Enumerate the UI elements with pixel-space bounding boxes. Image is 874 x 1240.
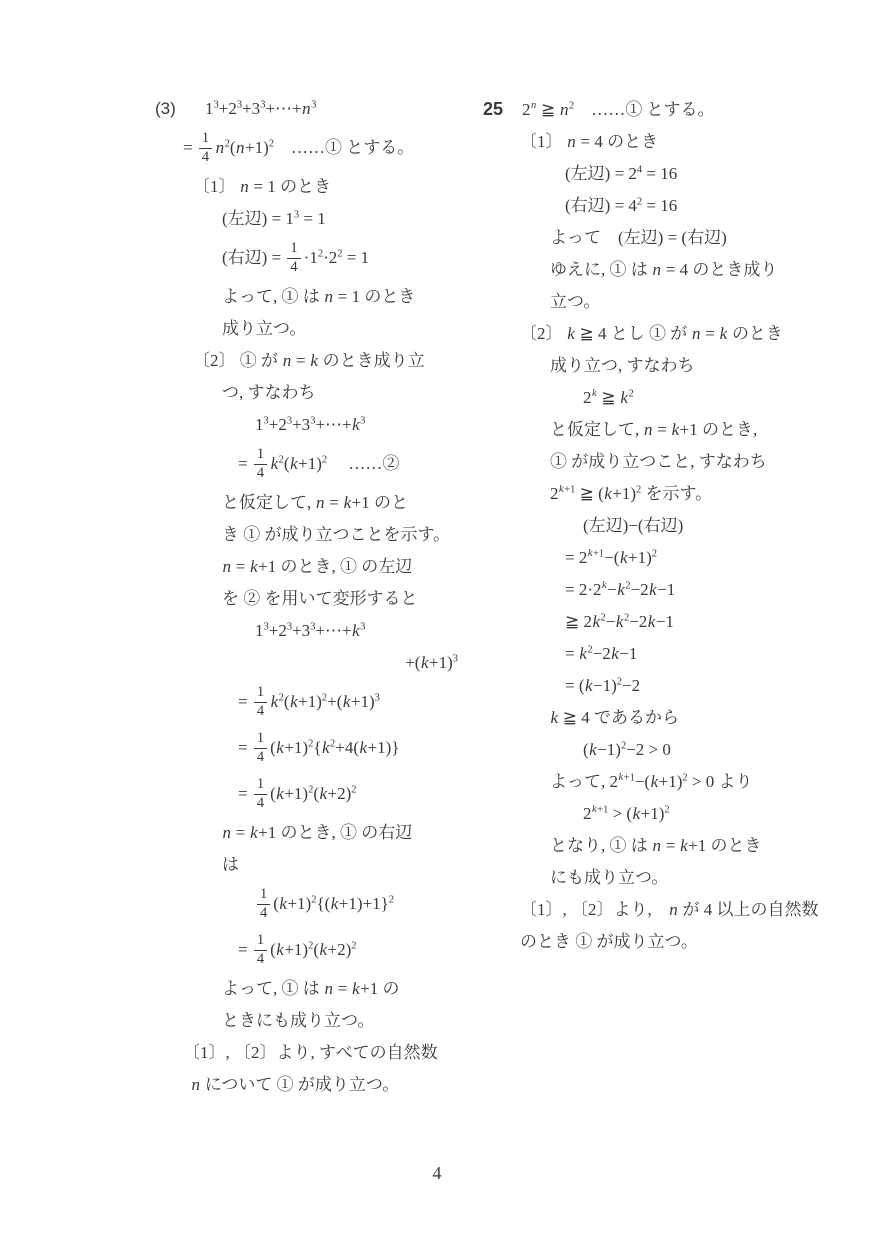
math-text: 13+23+33+⋯+n3 <box>205 99 316 118</box>
solution-line: n = k+1 のとき, ① の左辺 <box>222 551 467 583</box>
problem-number: 25 <box>483 93 522 125</box>
math-text: よって (左辺) = (右辺) <box>550 228 727 247</box>
problem-number: (3) <box>155 93 205 125</box>
solution-line: と仮定して, n = k+1 のとき, <box>550 414 823 446</box>
solution-line: よって, 2k+1−(k+1)2 > 0 より <box>550 766 823 798</box>
math-text: n = k+1 のとき, ① の左辺 <box>222 557 412 576</box>
math-text: = (k−1)2−2 <box>565 676 640 695</box>
solution-line: 立つ。 <box>550 286 823 318</box>
fraction: 14 <box>254 777 267 810</box>
page-number: 4 <box>0 1163 874 1184</box>
math-text: 2k+1 ≧ (k+1)2 を示す。 <box>550 484 712 503</box>
fraction: 14 <box>254 933 267 966</box>
math-text: のとき ① が成り立つ。 <box>520 932 698 951</box>
solution-line: = 2k+1−(k+1)2 <box>565 542 823 574</box>
fraction: 14 <box>254 447 267 480</box>
math-text: 立つ。 <box>550 292 600 311</box>
math-text: き ① が成り立つことを示す。 <box>222 525 450 544</box>
math-text: ① が成り立つこと, すなわち <box>550 452 767 471</box>
solution-line: ときにも成り立つ。 <box>222 1005 467 1037</box>
solution-line: 〔2〕 k ≧ 4 とし ① が n = k のとき <box>520 318 823 350</box>
solution-line: (3)13+23+33+⋯+n3 <box>155 93 467 125</box>
math-text: (左辺) = 24 = 16 <box>565 164 677 183</box>
math-text: = 14k2(k+1)2+(k+1)3 <box>238 692 380 711</box>
math-text: ゆえに, ① は n = 4 のとき成り <box>550 260 777 279</box>
math-text: 成り立つ。 <box>222 319 306 338</box>
solution-line: ≧ 2k2−k2−2k−1 <box>565 606 823 638</box>
math-text: (左辺)−(右辺) <box>583 516 683 535</box>
math-text: よって, ① は n = 1 のとき <box>222 287 415 306</box>
solution-line: = 14k2(k+1)2+(k+1)3 <box>238 679 467 725</box>
solution-line: を ② を用いて変形すると <box>222 583 467 615</box>
solution-line: 2k+1 ≧ (k+1)2 を示す。 <box>550 478 823 510</box>
solution-line: となり, ① は n = k+1 のとき <box>550 830 823 862</box>
math-text: = 14n2(n+1)2 ……① とする。 <box>183 138 414 157</box>
math-text: = 14(k+1)2{k2+4(k+1)} <box>238 738 400 757</box>
solution-line: 〔2〕 ① が n = k のとき成り立 <box>193 345 467 377</box>
fraction: 14 <box>199 131 212 164</box>
math-text: を ② を用いて変形すると <box>222 589 418 608</box>
math-text: 成り立つ, すなわち <box>550 356 695 375</box>
solution-line: ① が成り立つこと, すなわち <box>550 446 823 478</box>
solution-line: = 14(k+1)2{k2+4(k+1)} <box>238 725 467 771</box>
solution-line: よって, ① は n = k+1 の <box>222 973 467 1005</box>
math-text: (k−1)2−2 > 0 <box>583 740 671 759</box>
problem-25-column: 252n ≧ n2 ……① とする。〔1〕 n = 4 のとき(左辺) = 24… <box>483 93 823 958</box>
solution-line: 14(k+1)2{(k+1)+1}2 <box>255 881 467 927</box>
solution-line: = 14k2(k+1)2 ……② <box>238 441 467 487</box>
solution-line: (左辺) = 13 = 1 <box>222 203 467 235</box>
math-text: 13+23+33+⋯+k3 <box>255 621 365 640</box>
solution-line: (右辺) = 42 = 16 <box>565 190 823 222</box>
fraction: 14 <box>254 685 267 718</box>
solution-line: k ≧ 4 であるから <box>550 702 823 734</box>
solution-line: (右辺) = 14·12·22 = 1 <box>222 235 467 281</box>
solution-line: = (k−1)2−2 <box>565 670 823 702</box>
math-text: (右辺) = 42 = 16 <box>565 196 677 215</box>
solution-line: +(k+1)3 <box>155 647 458 679</box>
solution-line: 〔1〕 n = 4 のとき <box>520 126 823 158</box>
math-text: 2k ≧ k2 <box>583 388 634 407</box>
math-text: よって, 2k+1−(k+1)2 > 0 より <box>550 772 752 791</box>
solution-line: のとき ① が成り立つ。 <box>520 926 823 958</box>
math-text: 2k+1 > (k+1)2 <box>583 804 670 823</box>
math-text: 〔1〕, 〔2〕より, n が 4 以上の自然数 <box>520 900 819 919</box>
math-text: 〔2〕 ① が n = k のとき成り立 <box>193 351 425 370</box>
math-text: 〔1〕 n = 4 のとき <box>520 132 658 151</box>
solution-line: = 14n2(n+1)2 ……① とする。 <box>183 125 467 171</box>
math-text: ≧ 2k2−k2−2k−1 <box>565 612 674 631</box>
solution-line: つ, すなわち <box>222 377 467 409</box>
solution-line: ゆえに, ① は n = 4 のとき成り <box>550 254 823 286</box>
fraction: 14 <box>254 731 267 764</box>
math-text: よって, ① は n = k+1 の <box>222 979 399 998</box>
solution-line: 13+23+33+⋯+k3 <box>255 615 467 647</box>
solution-line: よって (左辺) = (右辺) <box>550 222 823 254</box>
solution-line: 13+23+33+⋯+k3 <box>255 409 467 441</box>
math-text: は <box>222 855 239 874</box>
problem-3-column: (3)13+23+33+⋯+n3= 14n2(n+1)2 ……① とする。〔1〕… <box>155 93 467 1101</box>
solution-line: = 14(k+1)2(k+2)2 <box>238 771 467 817</box>
math-text: = 14k2(k+1)2 ……② <box>238 454 399 473</box>
solution-line: (k−1)2−2 > 0 <box>583 734 823 766</box>
math-text: 14(k+1)2{(k+1)+1}2 <box>255 894 394 913</box>
solution-line: は <box>222 849 467 881</box>
solution-line: = 2·2k−k2−2k−1 <box>565 574 823 606</box>
math-text: = 14(k+1)2(k+2)2 <box>238 940 357 959</box>
math-text: 2n ≧ n2 ……① とする。 <box>522 100 715 119</box>
solution-line: 252n ≧ n2 ……① とする。 <box>483 93 823 126</box>
math-text: 13+23+33+⋯+k3 <box>255 415 365 434</box>
math-text: ときにも成り立つ。 <box>222 1011 374 1030</box>
math-text: = 2·2k−k2−2k−1 <box>565 580 675 599</box>
math-text: n について ① が成り立つ。 <box>191 1075 399 1094</box>
solution-line: (左辺) = 24 = 16 <box>565 158 823 190</box>
math-text: 〔1〕, 〔2〕より, すべての自然数 <box>183 1043 438 1062</box>
solution-line: n について ① が成り立つ。 <box>191 1069 467 1101</box>
math-text: 〔1〕 n = 1 のとき <box>193 177 331 196</box>
math-text: と仮定して, n = k+1 のと <box>222 493 408 512</box>
solution-line: 成り立つ。 <box>222 313 467 345</box>
fraction: 14 <box>287 241 300 274</box>
math-text: にも成り立つ。 <box>550 868 668 887</box>
solution-line: 〔1〕, 〔2〕より, n が 4 以上の自然数 <box>520 894 823 926</box>
solution-line: n = k+1 のとき, ① の右辺 <box>222 817 467 849</box>
solution-line: き ① が成り立つことを示す。 <box>222 519 467 551</box>
solution-line: 〔1〕, 〔2〕より, すべての自然数 <box>183 1037 467 1069</box>
math-text: 〔2〕 k ≧ 4 とし ① が n = k のとき <box>520 324 783 343</box>
solution-line: = k2−2k−1 <box>565 638 823 670</box>
math-text: (右辺) = 14·12·22 = 1 <box>222 248 369 267</box>
math-text: = 2k+1−(k+1)2 <box>565 548 657 567</box>
solution-line: 成り立つ, すなわち <box>550 350 823 382</box>
math-text: (左辺) = 13 = 1 <box>222 209 326 228</box>
math-text: = 14(k+1)2(k+2)2 <box>238 784 357 803</box>
solution-line: よって, ① は n = 1 のとき <box>222 281 467 313</box>
math-text: となり, ① は n = k+1 のとき <box>550 836 761 855</box>
solution-line: 〔1〕 n = 1 のとき <box>193 171 467 203</box>
solution-line: と仮定して, n = k+1 のと <box>222 487 467 519</box>
math-text: と仮定して, n = k+1 のとき, <box>550 420 757 439</box>
solution-line: 2k+1 > (k+1)2 <box>583 798 823 830</box>
solution-line: = 14(k+1)2(k+2)2 <box>238 927 467 973</box>
math-text: つ, すなわち <box>222 383 316 402</box>
solution-line: (左辺)−(右辺) <box>583 510 823 542</box>
math-text: n = k+1 のとき, ① の右辺 <box>222 823 412 842</box>
math-text: +(k+1)3 <box>405 653 458 672</box>
math-text: k ≧ 4 であるから <box>550 708 679 727</box>
math-text: = k2−2k−1 <box>565 644 637 663</box>
solution-line: にも成り立つ。 <box>550 862 823 894</box>
textbook-solutions-page: (3)13+23+33+⋯+n3= 14n2(n+1)2 ……① とする。〔1〕… <box>0 0 874 1240</box>
solution-line: 2k ≧ k2 <box>583 382 823 414</box>
fraction: 14 <box>257 887 270 920</box>
